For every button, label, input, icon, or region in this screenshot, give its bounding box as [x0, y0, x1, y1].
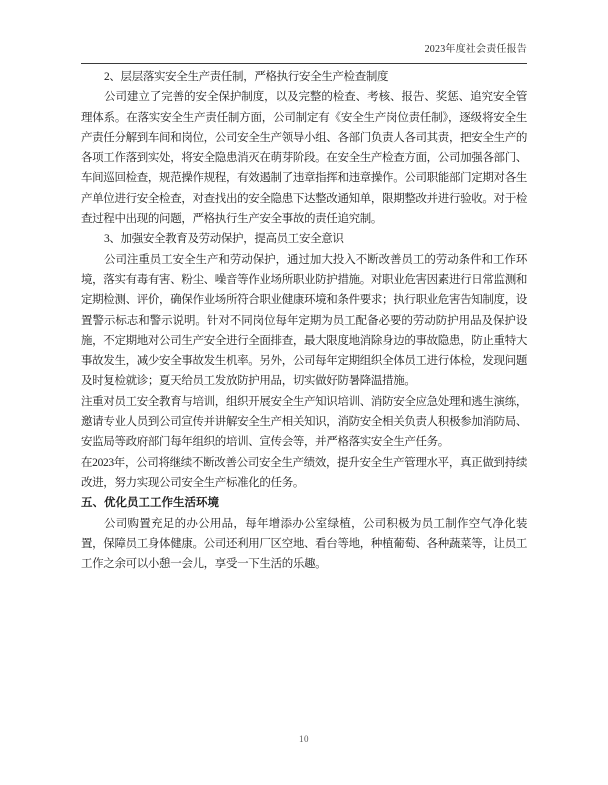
- section-heading: 五、优化员工工作生活环境: [81, 493, 527, 513]
- section-subheading: 2、层层落实安全生产责任制，严格执行安全生产检查制度: [81, 67, 527, 87]
- section-subheading: 3、加强安全教育及劳动保护，提高员工安全意识: [81, 229, 527, 249]
- page-header: 2023年度社会责任报告: [81, 0, 527, 64]
- report-title: 2023年度社会责任报告: [425, 44, 527, 55]
- paragraph: 公司注重员工安全生产和劳动保护，通过加大投入不断改善员工的劳动条件和工作环境，落…: [81, 250, 527, 392]
- document-body: 2、层层落实安全生产责任制，严格执行安全生产检查制度 公司建立了完善的安全保护制…: [81, 64, 527, 574]
- paragraph: 公司建立了完善的安全保护制度，以及完整的检查、考核、报告、奖惩、追究安全管理体系…: [81, 87, 527, 229]
- paragraph: 注重对员工安全教育与培训，组织开展安全生产知识培训、消防安全应急处理和逃生演练，…: [81, 392, 527, 453]
- page-footer: 10: [0, 729, 608, 747]
- page-number: 10: [299, 734, 309, 744]
- report-page: 2023年度社会责任报告 2、层层落实安全生产责任制，严格执行安全生产检查制度 …: [0, 0, 608, 785]
- paragraph: 公司购置充足的办公用品，每年增添办公室绿植，公司积极为员工制作空气净化装置，保障…: [81, 514, 527, 575]
- paragraph: 在2023年，公司将继续不断改善公司安全生产绩效，提升安全生产管理水平，真正做到…: [81, 453, 527, 494]
